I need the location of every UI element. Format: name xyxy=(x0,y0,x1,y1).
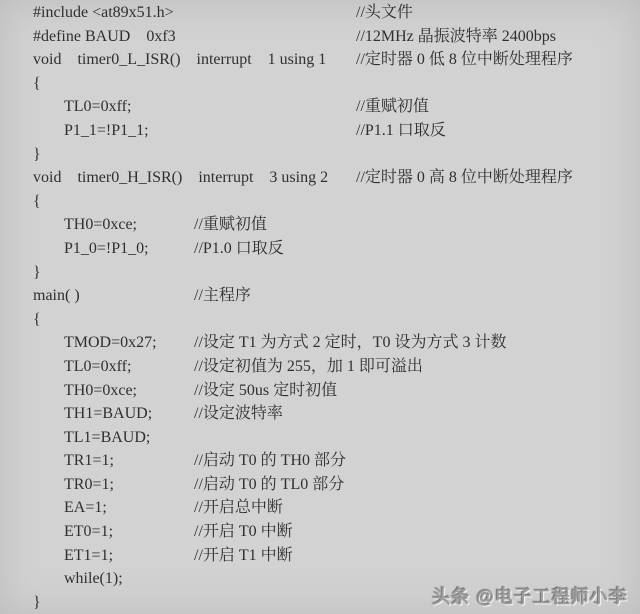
code-text: P1_0=!P1_0; xyxy=(64,237,149,261)
watermark: 头条 @电子工程师小李 xyxy=(432,583,628,609)
code-line: EA=1;//开启总中断 xyxy=(0,496,640,520)
code-text: TR0=1; xyxy=(64,473,114,497)
code-line: #include <at89x51.h>//头文件 xyxy=(0,1,640,25)
code-line: { xyxy=(0,72,640,96)
comment-text: //设定 50us 定时初值 xyxy=(194,379,337,403)
code-line: void timer0_H_ISR() interrupt 3 using 2/… xyxy=(0,166,640,190)
comment-text: //启动 T0 的 TH0 部分 xyxy=(194,449,346,473)
code-text: main( ) xyxy=(33,284,80,308)
watermark-text: 头条 @电子工程师小李 xyxy=(432,587,628,607)
comment-text: //P1.1 口取反 xyxy=(356,119,446,143)
code-text: } xyxy=(33,261,41,285)
code-text: #include <at89x51.h> xyxy=(33,1,174,25)
comment-text: //定时器 0 低 8 位中断处理程序 xyxy=(356,48,573,72)
code-text: ET0=1; xyxy=(64,520,113,544)
code-line: TR0=1;//启动 T0 的 TL0 部分 xyxy=(0,473,640,497)
code-text: TL1=BAUD; xyxy=(64,426,150,450)
code-line: TL0=0xff;//重赋初值 xyxy=(0,95,640,119)
code-line: } xyxy=(0,261,640,285)
code-text: TL0=0xff; xyxy=(64,95,131,119)
code-text: TL0=0xff; xyxy=(64,355,131,379)
code-line: ET0=1;//开启 T0 中断 xyxy=(0,520,640,544)
code-line: { xyxy=(0,308,640,332)
code-text: } xyxy=(33,143,41,167)
code-text: #define BAUD 0xf3 xyxy=(33,25,176,49)
code-text: void timer0_H_ISR() interrupt 3 using 2 xyxy=(33,166,328,190)
code-text: { xyxy=(33,308,41,332)
comment-text: //P1.0 口取反 xyxy=(194,237,284,261)
comment-text: //设定波特率 xyxy=(194,402,283,426)
code-line: TL1=BAUD; xyxy=(0,426,640,450)
code-line: { xyxy=(0,190,640,214)
code-line: TL0=0xff;//设定初值为 255，加 1 即可溢出 xyxy=(0,355,640,379)
comment-text: //开启 T1 中断 xyxy=(194,544,293,568)
code-text: TMOD=0x27; xyxy=(64,331,157,355)
code-text: TH0=0xce; xyxy=(64,379,137,403)
code-line: TMOD=0x27;//设定 T1 为方式 2 定时，T0 设为方式 3 计数 xyxy=(0,331,640,355)
code-text: while(1); xyxy=(64,567,123,591)
comment-text: //开启 T0 中断 xyxy=(194,520,293,544)
code-line: P1_0=!P1_0;//P1.0 口取反 xyxy=(0,237,640,261)
comment-text: //定时器 0 高 8 位中断处理程序 xyxy=(356,166,573,190)
code-listing-page: #include <at89x51.h>//头文件#define BAUD 0x… xyxy=(0,0,640,614)
code-lines: #include <at89x51.h>//头文件#define BAUD 0x… xyxy=(0,1,640,614)
code-text: } xyxy=(33,591,41,614)
code-text: P1_1=!P1_1; xyxy=(64,119,149,143)
code-line: #define BAUD 0xf3//12MHz 晶振波特率 2400bps xyxy=(0,25,640,49)
code-line: TH0=0xce;//设定 50us 定时初值 xyxy=(0,379,640,403)
code-text: TH1=BAUD; xyxy=(64,402,152,426)
comment-text: //头文件 xyxy=(356,1,413,25)
comment-text: //重赋初值 xyxy=(194,213,267,237)
code-line: TH1=BAUD;//设定波特率 xyxy=(0,402,640,426)
code-line: TR1=1;//启动 T0 的 TH0 部分 xyxy=(0,449,640,473)
code-text: { xyxy=(33,72,41,96)
code-line: P1_1=!P1_1;//P1.1 口取反 xyxy=(0,119,640,143)
comment-text: //设定初值为 255，加 1 即可溢出 xyxy=(194,355,423,379)
code-text: TR1=1; xyxy=(64,449,114,473)
comment-text: //主程序 xyxy=(194,284,251,308)
code-line: main( )//主程序 xyxy=(0,284,640,308)
code-line: ET1=1;//开启 T1 中断 xyxy=(0,544,640,568)
comment-text: //启动 T0 的 TL0 部分 xyxy=(194,473,344,497)
code-text: { xyxy=(33,190,41,214)
code-text: EA=1; xyxy=(64,496,107,520)
comment-text: //开启总中断 xyxy=(194,496,283,520)
code-line: TH0=0xce;//重赋初值 xyxy=(0,213,640,237)
comment-text: //设定 T1 为方式 2 定时，T0 设为方式 3 计数 xyxy=(194,331,506,355)
code-text: ET1=1; xyxy=(64,544,113,568)
code-line: } xyxy=(0,143,640,167)
code-text: TH0=0xce; xyxy=(64,213,137,237)
comment-text: //12MHz 晶振波特率 2400bps xyxy=(356,25,556,49)
comment-text: //重赋初值 xyxy=(356,95,429,119)
code-text: void timer0_L_ISR() interrupt 1 using 1 xyxy=(33,48,326,72)
code-line: void timer0_L_ISR() interrupt 1 using 1/… xyxy=(0,48,640,72)
